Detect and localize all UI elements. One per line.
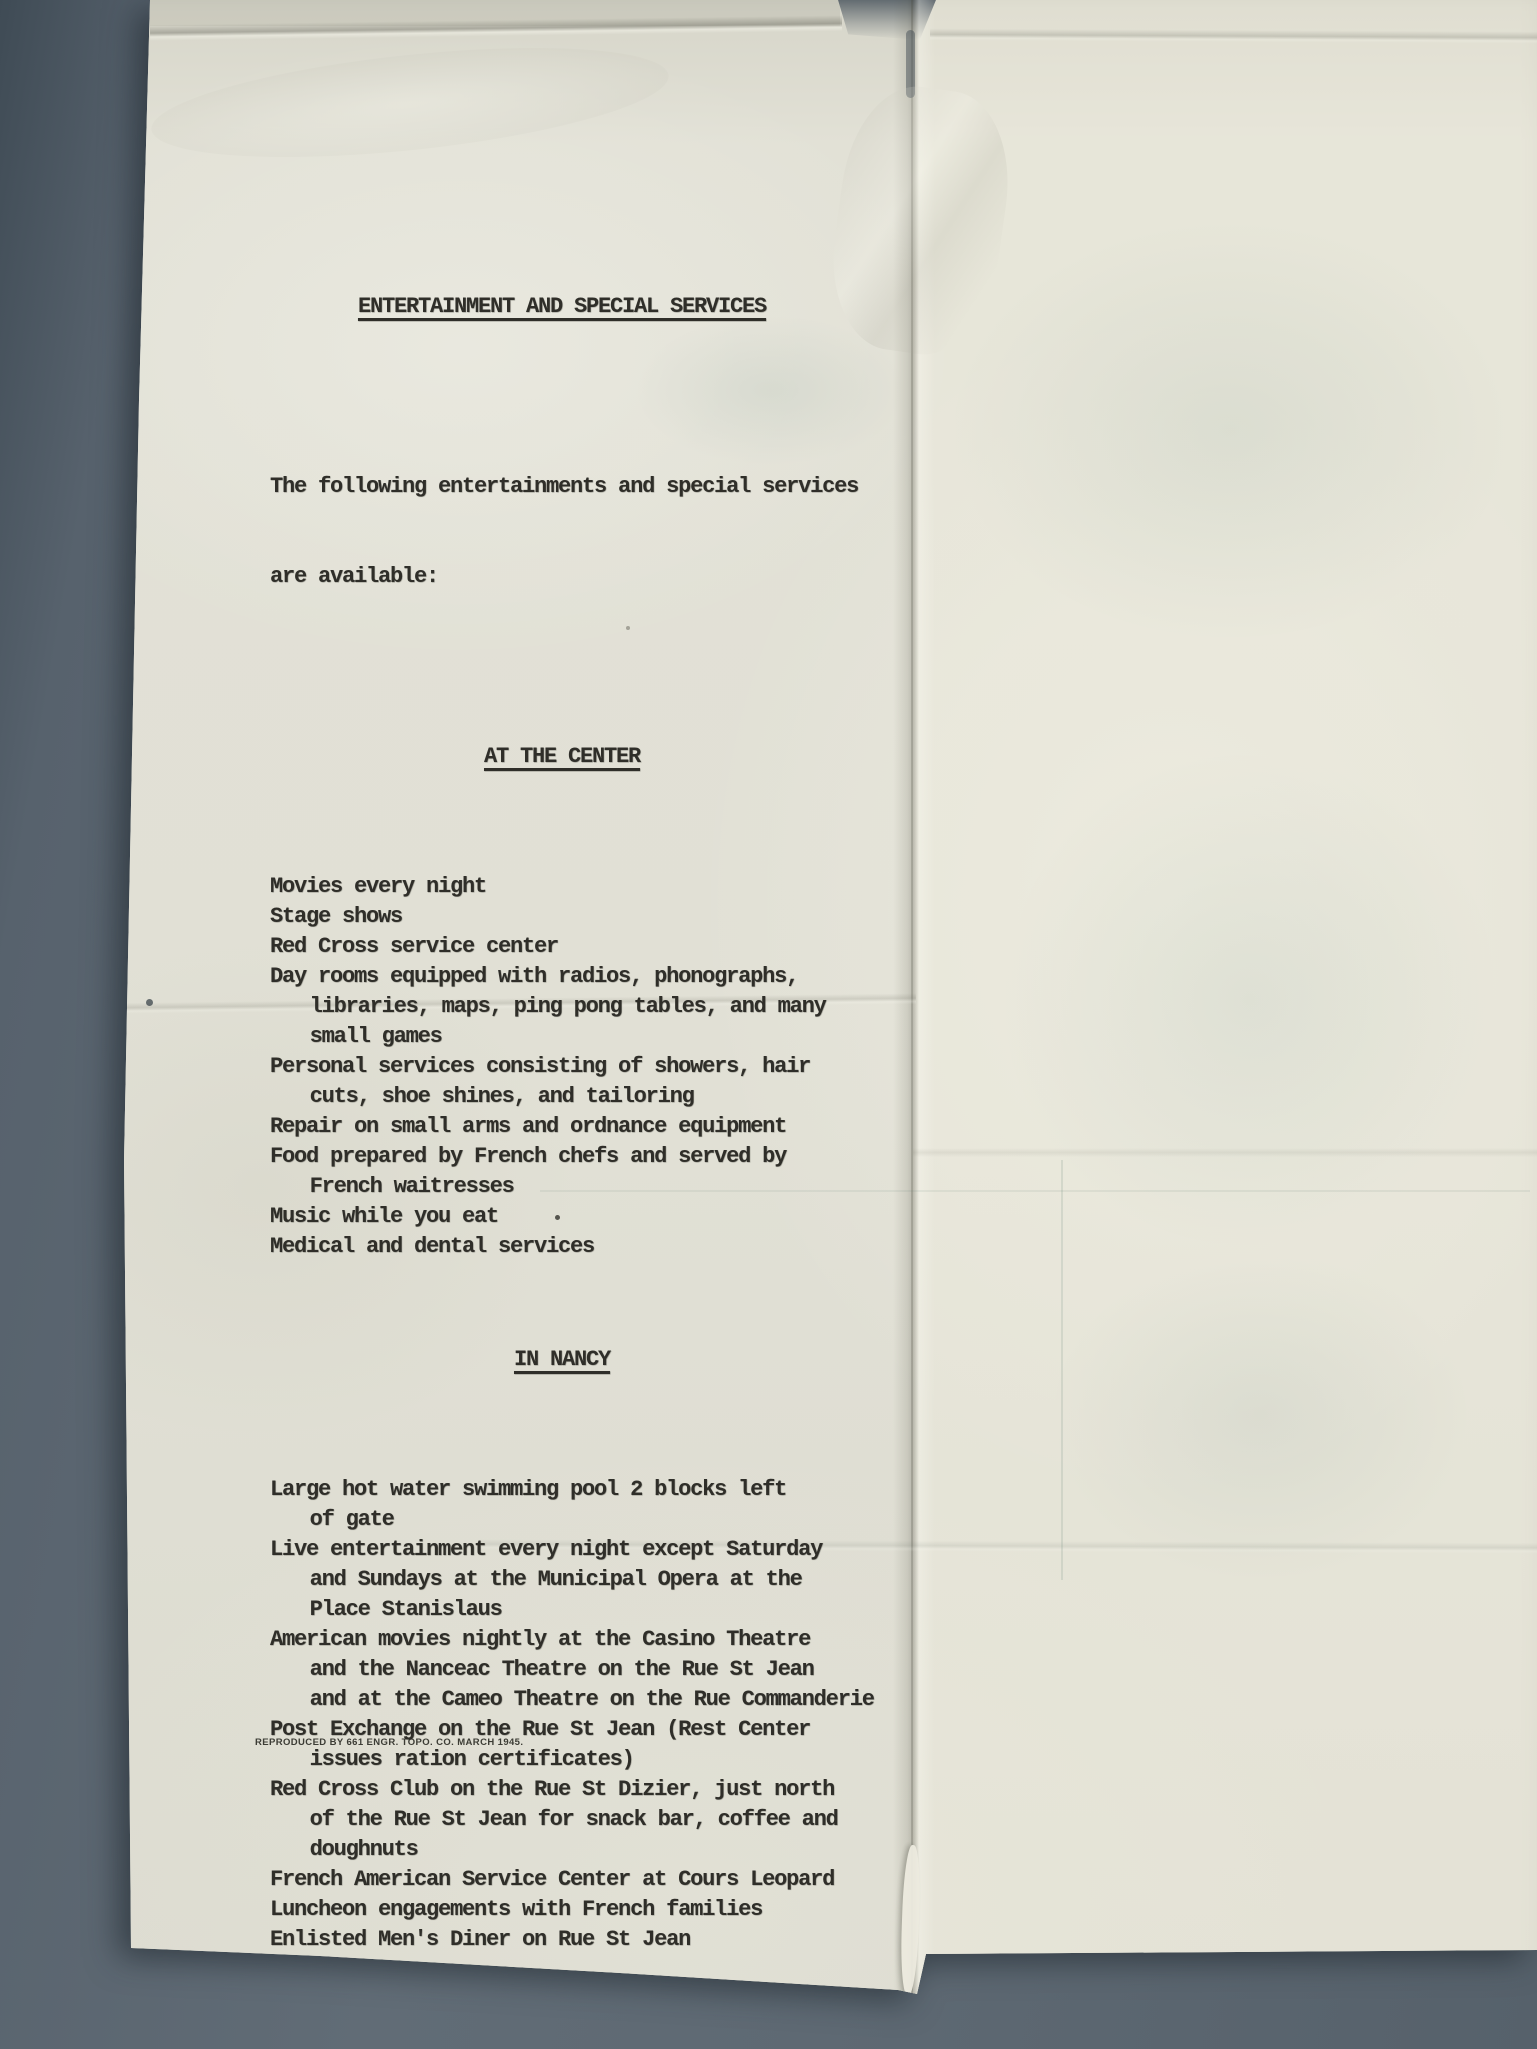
list-line: doughnuts <box>270 1835 854 1865</box>
list-item: Enlisted Men's Diner on Rue St Jean <box>270 1925 854 1955</box>
section-heading-in-nancy: IN NANCY <box>514 1347 610 1372</box>
fold-gap-shadow <box>836 0 938 40</box>
title-row: ENTERTAINMENT AND SPECIAL SERVICES <box>270 292 854 322</box>
list-line: Movies every night <box>270 872 854 902</box>
list-line: cuts, shoe shines, and tailoring <box>270 1082 854 1112</box>
section-heading-at-the-center: AT THE CENTER <box>484 744 640 769</box>
list-item: Live entertainment every night except Sa… <box>270 1535 854 1625</box>
paper-speck <box>146 999 153 1006</box>
fold-edge-highlight <box>899 1845 921 1996</box>
document-paper: ENTERTAINMENT AND SPECIAL SERVICES The f… <box>0 0 1537 2049</box>
intro-line: are available: <box>270 562 854 592</box>
document-title: ENTERTAINMENT AND SPECIAL SERVICES <box>358 294 766 319</box>
list-item: Day rooms equipped with radios, phonogra… <box>270 962 854 1052</box>
list-line: libraries, maps, ping pong tables, and m… <box>270 992 854 1022</box>
show-through-stain <box>950 220 1510 640</box>
list-line: Luncheon engagements with French familie… <box>270 1895 854 1925</box>
vertical-fold-line <box>911 0 913 2049</box>
list-line: Enlisted Men's Diner on Rue St Jean <box>270 1925 854 1955</box>
top-fold-crease <box>150 15 842 41</box>
list-item: Large hot water swimming pool 2 blocks l… <box>270 1475 854 1535</box>
paper-shadow: ENTERTAINMENT AND SPECIAL SERVICES The f… <box>0 0 1537 2049</box>
vertical-fold-crease <box>893 0 935 2049</box>
list-line: Personal services consisting of showers,… <box>270 1052 854 1082</box>
list-line: Stage shows <box>270 902 854 932</box>
list-line: Place Stanislaus <box>270 1595 854 1625</box>
list-line: French waitresses <box>270 1172 854 1202</box>
intro-line: The following entertainments and special… <box>270 472 854 502</box>
list-item: Food prepared by French chefs and served… <box>270 1142 854 1202</box>
list-line: small games <box>270 1022 854 1052</box>
top-fold-strip <box>150 0 840 26</box>
reproduction-credit: REPRODUCED BY 661 ENGR. TOPO. CO. MARCH … <box>255 1737 523 1748</box>
list-line: of gate <box>270 1505 854 1535</box>
intro-paragraph: The following entertainments and special… <box>270 412 854 652</box>
list-item: French American Service Center at Cours … <box>270 1865 854 1895</box>
list-line: French American Service Center at Cours … <box>270 1865 854 1895</box>
list-line: and the Nanceac Theatre on the Rue St Je… <box>270 1655 854 1685</box>
list-line: Live entertainment every night except Sa… <box>270 1535 854 1565</box>
list-item: Luncheon engagements with French familie… <box>270 1895 854 1925</box>
list-line: and Sundays at the Municipal Opera at th… <box>270 1565 854 1595</box>
list-item: Stage shows <box>270 902 854 932</box>
list-item: Repair on small arms and ordnance equipm… <box>270 1112 854 1142</box>
list-item: Red Cross Club on the Rue St Dizier, jus… <box>270 1775 854 1865</box>
list-item: Personal services consisting of showers,… <box>270 1052 854 1112</box>
list-item: Music while you eat <box>270 1202 854 1232</box>
photo-backdrop: ENTERTAINMENT AND SPECIAL SERVICES The f… <box>0 0 1537 2049</box>
list-line: Red Cross service center <box>270 932 854 962</box>
list-line: Large hot water swimming pool 2 blocks l… <box>270 1475 854 1505</box>
list-line: Day rooms equipped with radios, phonogra… <box>270 962 854 992</box>
list-item: Medical and dental services <box>270 1232 854 1262</box>
section-list-in-nancy: Large hot water swimming pool 2 blocks l… <box>270 1475 854 1955</box>
list-line: and at the Cameo Theatre on the Rue Comm… <box>270 1685 854 1715</box>
list-line: issues ration certificates) <box>270 1745 854 1775</box>
list-line: Medical and dental services <box>270 1232 854 1262</box>
list-line: of the Rue St Jean for snack bar, coffee… <box>270 1805 854 1835</box>
top-right-crease <box>930 28 1537 43</box>
list-item: Red Cross service center <box>270 932 854 962</box>
horizontal-crease-right <box>913 1148 1537 1157</box>
heading-row: AT THE CENTER <box>270 742 854 772</box>
heading-row: IN NANCY <box>270 1345 854 1375</box>
list-line: Repair on small arms and ordnance equipm… <box>270 1112 854 1142</box>
show-through-stain <box>1050 1250 1470 1580</box>
show-through-stain <box>1000 750 1500 1250</box>
list-line: American movies nightly at the Casino Th… <box>270 1625 854 1655</box>
show-through-line-vertical <box>1061 1160 1063 1580</box>
list-item: Movies every night <box>270 872 854 902</box>
list-item: American movies nightly at the Casino Th… <box>270 1625 854 1715</box>
list-line: Food prepared by French chefs and served… <box>270 1142 854 1172</box>
list-line: Music while you eat <box>270 1202 854 1232</box>
right-panel-tint <box>913 0 1537 2049</box>
fold-top-sliver <box>906 30 915 98</box>
section-list-at-the-center: Movies every nightStage showsRed Cross s… <box>270 872 854 1262</box>
list-line: Red Cross Club on the Rue St Dizier, jus… <box>270 1775 854 1805</box>
wrinkle-highlight-topleft <box>146 28 673 177</box>
